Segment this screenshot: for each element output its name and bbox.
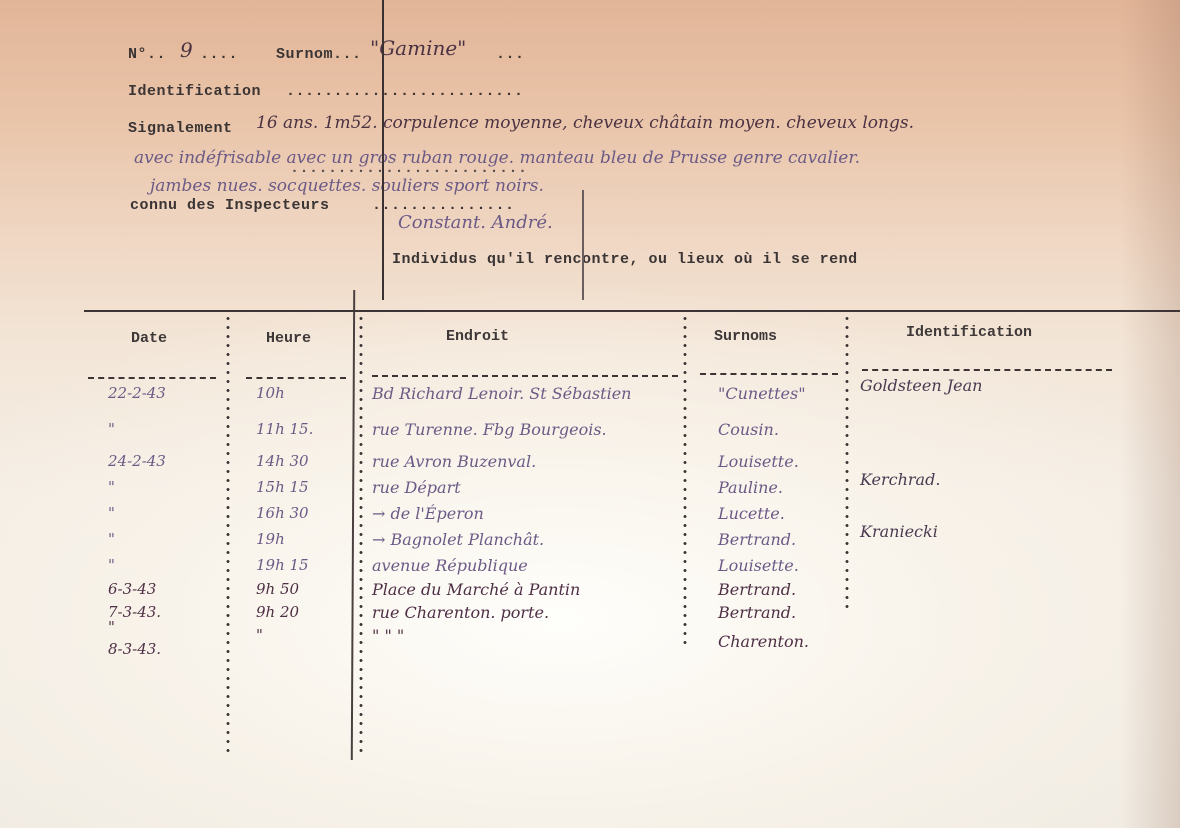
cell-date: 8-3-43. <box>108 640 161 658</box>
column-header-identification: Identification <box>906 324 1032 341</box>
column-separator <box>226 314 230 754</box>
cell-endroit: Place du Marché à Pantin <box>372 580 580 599</box>
cell-heure: 14h 30 <box>256 452 309 470</box>
cell-surnom: Lucette. <box>718 504 785 523</box>
pen-stroke <box>582 190 584 300</box>
header-underline <box>862 369 1112 371</box>
cell-surnom: Bertrand. <box>718 580 796 599</box>
number-value: 9 <box>180 38 193 62</box>
identification-label: Identification <box>128 83 261 100</box>
cell-date: 22-2-43 <box>108 384 166 402</box>
column-header-heure: Heure <box>266 330 311 347</box>
cell-endroit: rue Départ <box>372 478 461 497</box>
cell-surnom: Pauline. <box>718 478 783 497</box>
header-underline <box>88 377 216 379</box>
column-rule <box>351 290 355 760</box>
cell-endroit: → de l'Éperon <box>372 504 484 523</box>
cell-heure: 9h 50 <box>256 580 299 598</box>
cell-date: " <box>108 530 115 548</box>
cell-heure: 19h <box>256 530 285 548</box>
cell-heure: 15h 15 <box>256 478 309 496</box>
column-header-surnoms: Surnoms <box>714 328 777 345</box>
section-title: Individus qu'il rencontre, ou lieux où i… <box>392 251 858 268</box>
cell-endroit: rue Charenton. porte. <box>372 603 549 622</box>
cell-endroit: avenue République <box>372 556 528 575</box>
signalement-line-3: jambes nues. socquettes. souliers sport … <box>150 176 544 196</box>
cell-endroit: rue Turenne. Fbg Bourgeois. <box>372 420 607 439</box>
cell-date: " <box>108 556 115 574</box>
cell-identification: Goldsteen Jean <box>860 376 982 395</box>
cell-surnom: Bertrand. <box>718 603 796 622</box>
table-top-rule <box>84 310 1180 312</box>
connu-label: connu des Inspecteurs <box>130 197 330 214</box>
cell-surnom: Bertrand. <box>718 530 796 549</box>
cell-surnom: "Cunettes" <box>718 384 806 403</box>
header-underline <box>700 373 838 375</box>
column-separator <box>359 314 363 754</box>
page-edge-shadow <box>1120 0 1180 828</box>
cell-heure: 9h 20 <box>256 603 299 621</box>
cell-heure: 19h 15 <box>256 556 309 574</box>
cell-surnom: Charenton. <box>718 632 809 651</box>
cell-date: " <box>108 504 115 522</box>
signalement-line-1: 16 ans. 1m52. corpulence moyenne, cheveu… <box>256 113 914 133</box>
number-dots: .... <box>200 46 238 63</box>
cell-date: 6-3-43 <box>108 580 156 598</box>
cell-heure: " <box>256 626 263 644</box>
cell-surnom: Cousin. <box>718 420 779 439</box>
cell-date: " <box>108 420 115 438</box>
cell-surnom: Louisette. <box>718 556 799 575</box>
cell-surnom: Louisette. <box>718 452 799 471</box>
column-separator <box>845 314 849 614</box>
cell-endroit: Bd Richard Lenoir. St Sébastien <box>372 384 631 403</box>
cell-date: " <box>108 478 115 496</box>
surnom-dots: ... <box>496 46 525 63</box>
cell-heure: 11h 15. <box>256 420 313 438</box>
signalement-label: Signalement <box>128 120 233 137</box>
cell-date: 24-2-43 <box>108 452 166 470</box>
cell-endroit: rue Avron Buzenval. <box>372 452 536 471</box>
cell-date: 7-3-43. <box>108 603 161 621</box>
number-label: N°.. <box>128 46 166 63</box>
cell-identification: Kerchrad. <box>860 470 940 489</box>
identification-dots: ......................... <box>286 83 524 100</box>
surnom-label: Surnom... <box>276 46 362 63</box>
cell-heure: 10h <box>256 384 285 402</box>
column-header-date: Date <box>131 330 167 347</box>
cell-identification: Kraniecki <box>860 522 938 541</box>
header-underline <box>246 377 346 379</box>
connu-value: Constant. André. <box>398 212 553 233</box>
cell-endroit: " " " <box>372 626 404 645</box>
cell-endroit: → Bagnolet Planchât. <box>372 530 544 549</box>
column-header-endroit: Endroit <box>446 328 509 345</box>
surnom-value: "Gamine" <box>370 36 466 60</box>
signalement-dots: ......................... <box>290 160 528 177</box>
column-separator <box>683 314 687 644</box>
cell-date: " <box>108 618 115 636</box>
pen-stroke <box>382 0 384 300</box>
header-underline <box>372 375 678 377</box>
cell-heure: 16h 30 <box>256 504 309 522</box>
